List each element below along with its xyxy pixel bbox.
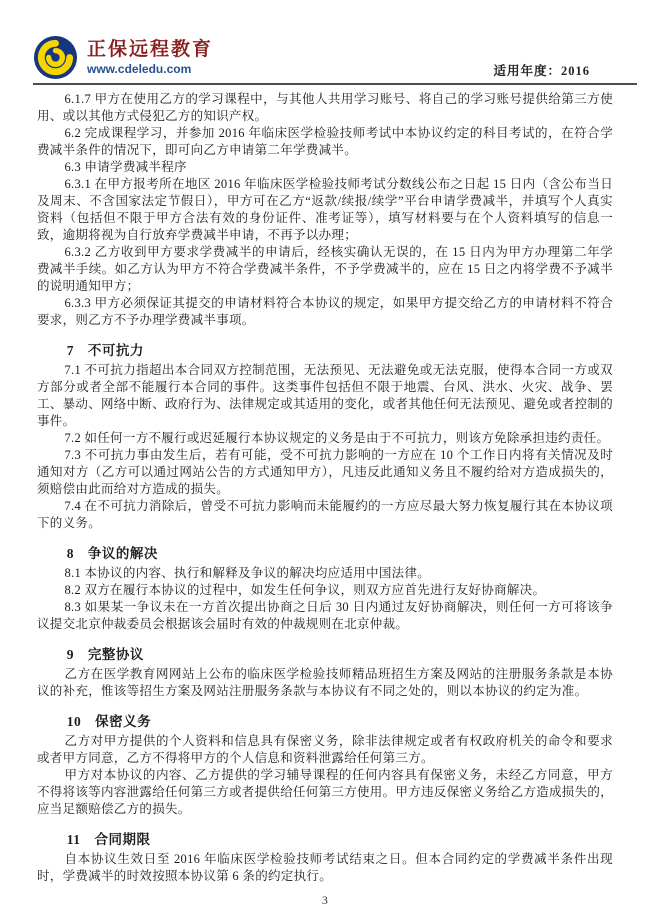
clause-8-2: 8.2 双方在履行本协议的过程中，如发生任何争议，则双方应首先进行友好协商解决。 [37,582,613,599]
clause-6-3-3: 6.3.3 甲方必须保证其提交的申请材料符合本协议的规定，如果甲方提交给乙方的申… [37,295,613,329]
brand-name: 正保远程教育 [87,40,213,60]
section-7-heading: 7 不可抗力 [37,342,613,359]
applicable-year-label: 适用年度：2016 [493,61,637,83]
clause-7-3: 7.3 不可抗力事由发生后，若有可能，受不可抗力影响的一方应在 10 个工作日内… [37,447,613,498]
contract-document-page: 正保远程教育 www.cdeledu.com 适用年度：2016 6.1.7 甲… [0,0,650,919]
section-9-heading: 9 完整协议 [37,646,613,663]
clause-7-1: 7.1 不可抗力指超出本合同双方控制范围，无法预见、无法避免或无法克服，使得本合… [37,362,613,430]
clause-6-3: 6.3 申请学费减半程序 [37,159,613,176]
clause-6-3-1: 6.3.1 在甲方报考所在地区 2016 年临床医学检验技师考试分数线公布之日起… [37,176,613,244]
brand-url: www.cdeledu.com [87,63,213,76]
swirl-globe-logo-icon [33,35,78,80]
clause-8-1: 8.1 本协议的内容、执行和解释及争议的解决均应适用中国法律。 [37,565,613,582]
section-10-paragraph-1: 乙方对甲方提供的个人资料和信息具有保密义务，除非法律规定或者有权政府机关的命令和… [37,733,613,767]
section-11-heading: 11 合同期限 [37,831,613,848]
clause-7-2: 7.2 如任何一方不履行或迟延履行本协议规定的义务是由于不可抗力，则该方免除承担… [37,430,613,447]
section-11-paragraph: 自本协议生效日至 2016 年临床医学检验技师考试结束之日。但本合同约定的学费减… [37,851,613,885]
brand-logo: 正保远程教育 www.cdeledu.com [33,35,213,83]
clause-6-1-7: 6.1.7 甲方在使用乙方的学习课程中，与其他人共用学习账号、将自己的学习账号提… [37,91,613,125]
contract-body: 6.1.7 甲方在使用乙方的学习课程中，与其他人共用学习账号、将自己的学习账号提… [37,91,613,909]
section-9-paragraph: 乙方在医学教育网网站上公布的临床医学检验技师精品班招生方案及网站的注册服务条款是… [37,666,613,700]
document-header: 正保远程教育 www.cdeledu.com 适用年度：2016 [33,34,637,85]
clause-6-2: 6.2 完成课程学习，并参加 2016 年临床医学检验技师考试中本协议约定的科目… [37,125,613,159]
clause-6-3-2: 6.3.2 乙方收到甲方要求学费减半的申请后，经核实确认无误的，在 15 日内为… [37,244,613,295]
section-8-heading: 8 争议的解决 [37,545,613,562]
clause-7-4: 7.4 在不可抗力消除后，曾受不可抗力影响而未能履约的一方应尽最大努力恢复履行其… [37,498,613,532]
clause-8-3: 8.3 如果某一争议未在一方首次提出协商之日后 30 日内通过友好协商解决，则任… [37,599,613,633]
brand-text-block: 正保远程教育 www.cdeledu.com [87,40,213,76]
section-10-paragraph-2: 甲方对本协议的内容、乙方提供的学习辅导课程的任何内容具有保密义务，未经乙方同意，… [37,767,613,818]
section-10-heading: 10 保密义务 [37,713,613,730]
page-number: 3 [37,892,613,909]
